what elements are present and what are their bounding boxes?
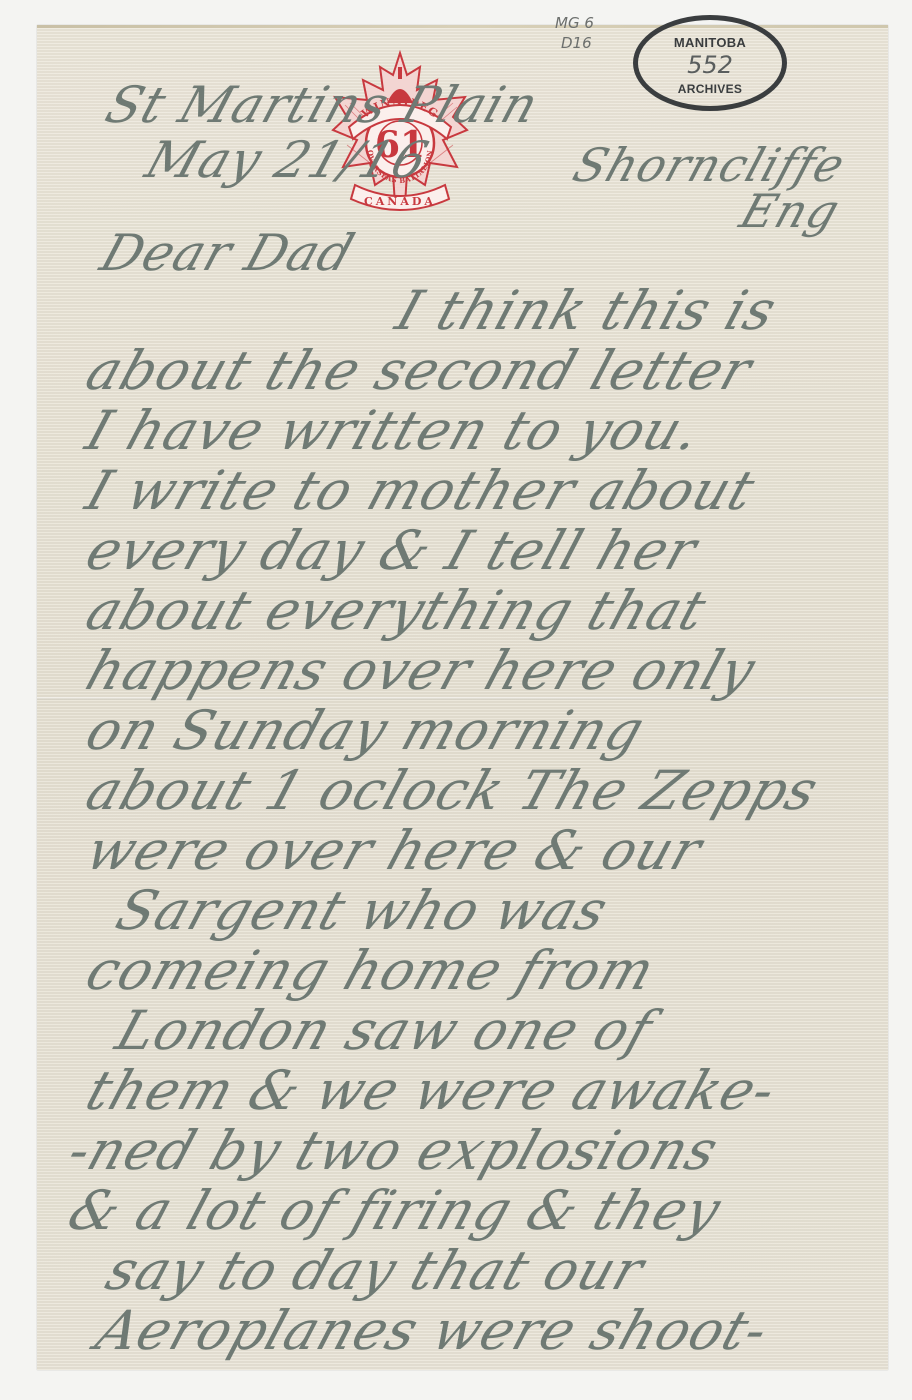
body-line: Aeroplanes were shoot- xyxy=(90,1304,775,1358)
body-line: Sargent who was xyxy=(110,884,615,938)
heading-place-line-2: Shorncliffe xyxy=(568,142,851,188)
body-line: & a lot of firing & they xyxy=(62,1184,727,1238)
body-line: were over here & our xyxy=(80,824,709,878)
body-line: every day & I tell her xyxy=(80,524,704,578)
call-number-line-1: MG 6 xyxy=(555,13,594,33)
body-line: London saw one of xyxy=(110,1004,659,1058)
body-line: -ned by two explosions xyxy=(62,1124,725,1178)
stamp-bottom-text: ARCHIVES xyxy=(638,82,782,96)
body-line: them & we were awake- xyxy=(80,1064,783,1118)
archive-call-number: MG 6 D16 xyxy=(555,13,594,53)
body-line: I think this is xyxy=(390,284,783,338)
crest-banner-bottom: CANADA xyxy=(364,195,436,208)
body-line: I write to mother about xyxy=(80,464,761,518)
heading-place-line-3: Eng xyxy=(735,188,846,234)
body-line: on Sunday morning xyxy=(80,704,651,758)
body-line: I have written to you. xyxy=(80,404,708,458)
stamp-top-text: MANITOBA xyxy=(638,35,782,50)
body-line: about everything that xyxy=(80,584,713,638)
heading-place-line-1: St Martins Plain xyxy=(100,80,545,130)
body-line: comeing home from xyxy=(80,944,661,998)
heading-date: May 21/16 xyxy=(140,135,434,185)
salutation: Dear Dad xyxy=(95,228,360,278)
body-line: say to day that our xyxy=(100,1244,651,1298)
stamp-number: 552 xyxy=(638,51,782,79)
body-line: about 1 oclock The Zepps xyxy=(80,764,825,818)
archive-stamp: MANITOBA 552 ARCHIVES xyxy=(633,15,787,111)
call-number-line-2: D16 xyxy=(555,33,594,53)
body-line: about the second letter xyxy=(80,344,758,398)
body-line: happens over here only xyxy=(80,644,762,698)
